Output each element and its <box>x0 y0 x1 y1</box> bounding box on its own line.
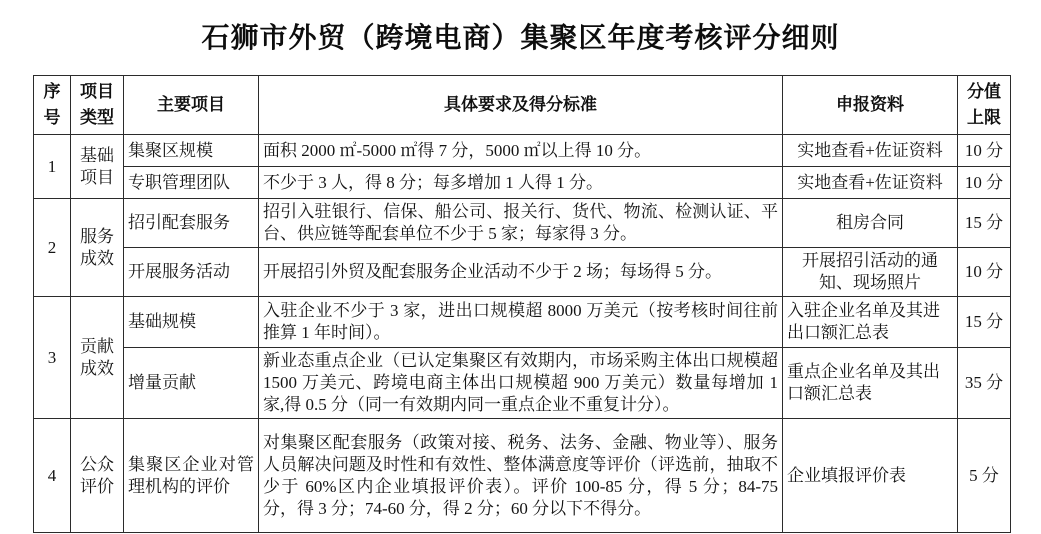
cell-score: 10 分 <box>958 135 1011 167</box>
cell-materials: 实地查看+佐证资料 <box>783 135 958 167</box>
cell-requirements: 新业态重点企业（已认定集聚区有效期内，市场采购主体出口规模超 1500 万美元、… <box>259 348 783 419</box>
cell-index: 2 <box>34 199 71 297</box>
scoring-table: 序号 项目类型 主要项目 具体要求及得分标准 申报资料 分值上限 1 基础项目 … <box>33 75 1011 533</box>
cell-main-project: 集聚区企业对管理机构的评价 <box>124 419 259 533</box>
table-header-row: 序号 项目类型 主要项目 具体要求及得分标准 申报资料 分值上限 <box>34 76 1011 135</box>
cell-index: 4 <box>34 419 71 533</box>
cell-materials: 开展招引活动的通知、现场照片 <box>783 248 958 297</box>
header-main-project: 主要项目 <box>124 76 259 135</box>
cell-score: 15 分 <box>958 199 1011 248</box>
cell-index: 3 <box>34 297 71 419</box>
cell-requirements: 面积 2000 ㎡-5000 ㎡得 7 分，5000 ㎡以上得 10 分。 <box>259 135 783 167</box>
cell-requirements: 不少于 3 人，得 8 分；每多增加 1 人得 1 分。 <box>259 167 783 199</box>
page-title: 石狮市外贸（跨境电商）集聚区年度考核评分细则 <box>0 16 1041 56</box>
cell-category: 公众评价 <box>71 419 124 533</box>
cell-main-project: 开展服务活动 <box>124 248 259 297</box>
table-row: 增量贡献 新业态重点企业（已认定集聚区有效期内，市场采购主体出口规模超 1500… <box>34 348 1011 419</box>
cell-requirements: 招引入驻银行、信保、船公司、报关行、货代、物流、检测认证、平台、供应链等配套单位… <box>259 199 783 248</box>
table-row: 4 公众评价 集聚区企业对管理机构的评价 对集聚区配套服务（政策对接、税务、法务… <box>34 419 1011 533</box>
cell-materials: 租房合同 <box>783 199 958 248</box>
cell-materials: 企业填报评价表 <box>783 419 958 533</box>
cell-score: 10 分 <box>958 248 1011 297</box>
cell-materials: 实地查看+佐证资料 <box>783 167 958 199</box>
header-materials: 申报资料 <box>783 76 958 135</box>
cell-score: 10 分 <box>958 167 1011 199</box>
header-index: 序号 <box>34 76 71 135</box>
cell-main-project: 招引配套服务 <box>124 199 259 248</box>
cell-requirements: 入驻企业不少于 3 家，进出口规模超 8000 万美元（按考核时间往前推算 1 … <box>259 297 783 348</box>
table-row: 开展服务活动 开展招引外贸及配套服务企业活动不少于 2 场；每场得 5 分。 开… <box>34 248 1011 297</box>
cell-score: 35 分 <box>958 348 1011 419</box>
cell-main-project: 集聚区规模 <box>124 135 259 167</box>
cell-category: 服务成效 <box>71 199 124 297</box>
table-row: 2 服务成效 招引配套服务 招引入驻银行、信保、船公司、报关行、货代、物流、检测… <box>34 199 1011 248</box>
cell-main-project: 增量贡献 <box>124 348 259 419</box>
header-score-limit: 分值上限 <box>958 76 1011 135</box>
table-row: 1 基础项目 集聚区规模 面积 2000 ㎡-5000 ㎡得 7 分，5000 … <box>34 135 1011 167</box>
cell-main-project: 专职管理团队 <box>124 167 259 199</box>
cell-score: 5 分 <box>958 419 1011 533</box>
cell-score: 15 分 <box>958 297 1011 348</box>
document-page: 石狮市外贸（跨境电商）集聚区年度考核评分细则 序号 项目类型 主要项目 具体要求… <box>0 0 1041 534</box>
cell-materials: 重点企业名单及其出口额汇总表 <box>783 348 958 419</box>
cell-category: 贡献成效 <box>71 297 124 419</box>
cell-requirements: 对集聚区配套服务（政策对接、税务、法务、金融、物业等）、服务人员解决问题及时性和… <box>259 419 783 533</box>
cell-requirements: 开展招引外贸及配套服务企业活动不少于 2 场；每场得 5 分。 <box>259 248 783 297</box>
cell-main-project: 基础规模 <box>124 297 259 348</box>
cell-category: 基础项目 <box>71 135 124 199</box>
table-row: 专职管理团队 不少于 3 人，得 8 分；每多增加 1 人得 1 分。 实地查看… <box>34 167 1011 199</box>
cell-materials: 入驻企业名单及其进出口额汇总表 <box>783 297 958 348</box>
table-row: 3 贡献成效 基础规模 入驻企业不少于 3 家，进出口规模超 8000 万美元（… <box>34 297 1011 348</box>
header-category: 项目类型 <box>71 76 124 135</box>
header-requirements: 具体要求及得分标准 <box>259 76 783 135</box>
cell-index: 1 <box>34 135 71 199</box>
